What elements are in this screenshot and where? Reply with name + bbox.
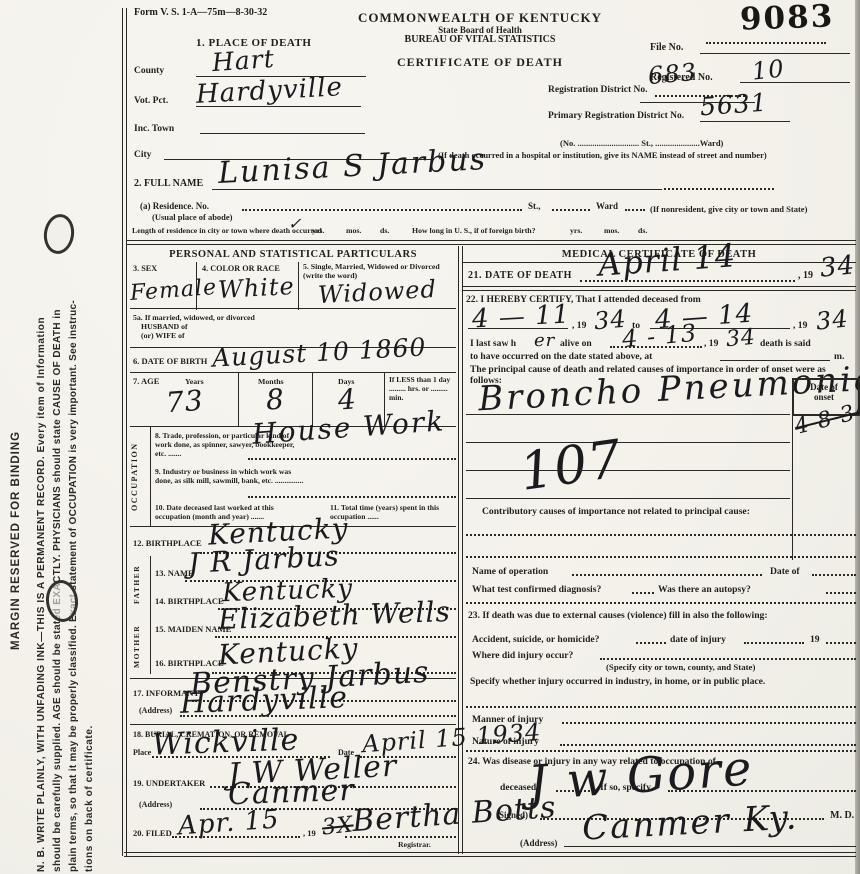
physician-signature: J w Gore — [527, 744, 755, 808]
husband-label: 5a. If married, widowed, or divorced — [133, 313, 255, 322]
md-label: M. D. — [830, 810, 854, 822]
file-no-label: File No. — [650, 42, 683, 54]
last-saw-hw-er: er — [534, 332, 555, 350]
operation-label: Name of operation — [472, 566, 548, 577]
mother-name-value: Elizabeth Wells — [218, 598, 452, 634]
how-long-us-label: How long in U. S., if of foreign birth? — [412, 226, 536, 235]
industry-label: 9. Industry or business in which work wa… — [155, 468, 307, 486]
autopsy-label: Was there an autopsy? — [658, 584, 751, 595]
dod-year-value: 34 — [819, 252, 857, 282]
residence-label: (a) Residence. No. — [140, 201, 209, 212]
signed-label: (Signed) — [496, 810, 528, 821]
street-label: St., — [528, 201, 541, 212]
personal-section-title: PERSONAL AND STATISTICAL PARTICULARS — [130, 249, 456, 261]
header-commonwealth: COMMONWEALTH OF KENTUCKY — [330, 10, 630, 25]
header-bureau: BUREAU OF VITAL STATISTICS — [330, 34, 630, 46]
sex-value: Female — [129, 277, 217, 305]
us-yrs-label: yrs. — [570, 226, 582, 235]
test-label: What test confirmed diagnosis? — [472, 584, 601, 595]
physician-address-label: (Address) — [520, 838, 557, 849]
bottom-rule — [124, 852, 856, 857]
marital-value: Widowed — [317, 277, 437, 307]
age-less-label: If LESS than 1 day ......... hrs. or ...… — [389, 376, 453, 403]
certificate-serial-number: 9083 — [739, 0, 834, 38]
age-label: 7. AGE — [133, 376, 159, 386]
length-residence-mark: ✓ — [288, 216, 302, 232]
from-19-label: , 19 — [572, 320, 586, 331]
dob-value: August 10 1860 — [211, 334, 426, 370]
race-label: 4. COLOR OR RACE — [202, 264, 280, 274]
burial-place-label: Place — [133, 748, 151, 757]
filed-label: 20. FILED — [133, 828, 172, 838]
dob-label: 6. DATE OF BIRTH — [133, 356, 207, 366]
date-of-death-label: 21. DATE OF DEATH — [468, 270, 572, 282]
street-ward-note: (No. ............................. St., … — [560, 138, 723, 148]
last-saw-label2: alive on — [560, 338, 592, 349]
abode-note: (Usual place of abode) — [152, 212, 233, 222]
registrar-label: Registrar. — [398, 840, 431, 849]
ward-label: Ward — [596, 201, 618, 212]
hospital-note: (If death occurred in a hospital or inst… — [438, 150, 767, 160]
length-mos-label: mos. — [346, 226, 361, 235]
header-section-divider — [126, 240, 856, 245]
length-yrs-label: yrs. — [312, 226, 324, 235]
primary-district-value: 5631 — [699, 90, 768, 120]
injury-19-label: 19 — [810, 634, 820, 645]
to-19-label: , 19 — [793, 320, 807, 331]
accident-label: Accident, suicide, or homicide? — [472, 634, 599, 645]
margin-binding-note: MARGIN RESERVED FOR BINDING — [10, 431, 22, 650]
sex-label: 3. SEX — [133, 264, 157, 274]
dod-divider — [462, 286, 856, 291]
county-value: Hart — [211, 46, 275, 75]
vot-pct-value: Hardyville — [195, 74, 343, 108]
vot-pct-label: Vot. Pct. — [134, 96, 168, 107]
informant-address-label: (Address) — [139, 706, 172, 715]
informant-address-value: Hardyville — [180, 683, 349, 719]
race-value: White — [217, 274, 295, 302]
manner-of-injury-label: Manner of injury — [472, 714, 543, 725]
length-ds-label: ds. — [380, 226, 389, 235]
death-said-label: death is said — [760, 338, 811, 349]
father-birthplace-label: 14. BIRTHPLACE — [155, 596, 224, 606]
age-years-value: 73 — [165, 387, 205, 418]
undertaker-address-label: (Address) — [139, 800, 172, 809]
last-saw-year: 34 — [725, 327, 757, 352]
undertaker-label: 19. UNDERTAKER — [133, 778, 205, 788]
cause-code-value: 107 — [517, 433, 626, 499]
registered-no-value: 10 — [751, 56, 786, 83]
external-causes-label: 23. If death was due to external causes … — [468, 610, 858, 621]
inc-town-label: Inc. Town — [134, 124, 174, 135]
specify-where-label: Specify whether injury occurred in indus… — [470, 676, 856, 687]
primary-district-label: Primary Registration District No. — [548, 111, 684, 122]
us-ds-label: ds. — [638, 226, 647, 235]
form-number: Form V. S. 1-A—75m—8-30-32 — [134, 7, 267, 19]
registration-district-value: 683 — [647, 60, 698, 88]
date-of-death-value: April 14 — [597, 239, 737, 281]
husband-label3: (or) WIFE of — [141, 331, 185, 340]
occurred-label: to have occurred on the date stated abov… — [470, 351, 652, 362]
dod-19-label: , 19 — [798, 270, 813, 282]
header-certificate: CERTIFICATE OF DEATH — [330, 55, 630, 69]
age-months-value: 8 — [265, 385, 286, 414]
where-injury-label: Where did injury occur? — [472, 650, 573, 661]
father-side-label: FATHER — [132, 558, 141, 610]
father-name-value: J R Jarbus — [187, 542, 340, 578]
full-name-value: Lunisa S Jarbus — [217, 145, 487, 189]
husband-label2: HUSBAND of — [141, 322, 188, 331]
margin-nb-line4: tions on back of certificate. — [84, 725, 95, 872]
specify-city-note: (Specify city or town, county, and State… — [606, 662, 755, 672]
physician-address-value: Canmer Ky. — [581, 800, 799, 845]
occupation-side-label: OCCUPATION — [130, 430, 139, 524]
filed-19-label: , 19 — [303, 828, 316, 838]
margin-divider — [122, 8, 127, 856]
filed-date-value: Apr. 15 — [177, 806, 280, 839]
mother-side-label: MOTHER — [132, 618, 141, 674]
scan-edge — [855, 0, 860, 874]
to-year-value: 34 — [815, 306, 850, 333]
binding-hole-top — [41, 212, 76, 256]
contributory-label: Contributory causes of importance not re… — [482, 506, 812, 517]
registration-district-label: Registration District No. — [548, 85, 647, 96]
full-name-label: 2. FULL NAME — [134, 178, 203, 190]
us-mos-label: mos. — [604, 226, 619, 235]
operation-date-label: Date of — [770, 566, 800, 577]
nature-of-injury-label: Nature of injury — [472, 736, 539, 747]
column-divider — [458, 246, 463, 854]
undertaker-address-value: Canmer — [228, 776, 356, 810]
death-certificate-scan: MARGIN RESERVED FOR BINDING N. B. WRITE … — [0, 0, 860, 874]
date-of-injury-label: date of injury — [670, 634, 726, 645]
last-saw-19-label: , 19 — [704, 338, 718, 349]
last-saw-label1: I last saw h — [470, 338, 516, 349]
city-label: City — [134, 150, 151, 161]
nonresident-note: (If nonresident, give city or town and S… — [650, 204, 807, 214]
county-label: County — [134, 66, 164, 77]
